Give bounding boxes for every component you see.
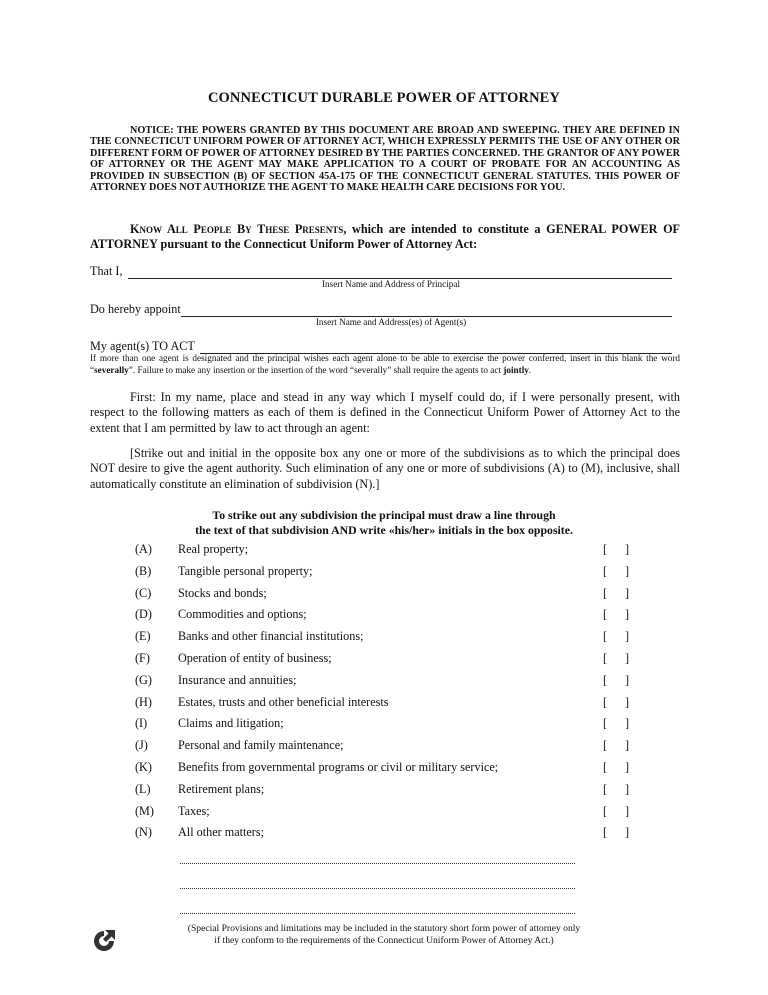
act-label: My agent(s) TO ACT [90, 339, 198, 354]
agent-note-text: . [529, 365, 531, 375]
box-close-bracket: ] [625, 804, 629, 819]
box-open-bracket: [ [603, 760, 607, 775]
first-lead: First [130, 390, 152, 404]
power-code: (K) [135, 760, 152, 775]
box-close-bracket: ] [625, 760, 629, 775]
power-label[interactable]: Insurance and annuities; [178, 673, 296, 688]
power-code: (C) [135, 586, 151, 601]
power-label[interactable]: Real property; [178, 542, 248, 557]
power-label[interactable]: Retirement plans; [178, 782, 264, 797]
power-code: (I) [135, 716, 147, 731]
box-open-bracket: [ [603, 564, 607, 579]
power-label[interactable]: Commodities and options; [178, 607, 307, 622]
principal-field-row: That I, [90, 263, 672, 279]
principal-caption: Insert Name and Address of Principal [90, 279, 672, 289]
share-arrow-glyph [90, 927, 118, 955]
principal-name-field[interactable] [128, 266, 672, 279]
box-close-bracket: ] [625, 542, 629, 557]
power-code: (M) [135, 804, 154, 819]
special-provision-line-1[interactable] [180, 862, 575, 864]
box-close-bracket: ] [625, 716, 629, 731]
initials-box[interactable]: [] [603, 651, 629, 666]
initials-box[interactable]: [] [603, 542, 629, 557]
initials-box[interactable]: [] [603, 782, 629, 797]
power-item: (C)Stocks and bonds;[] [0, 586, 768, 604]
document-title: CONNECTICUT DURABLE POWER OF ATTORNEY [0, 90, 768, 107]
power-label[interactable]: Stocks and bonds; [178, 586, 267, 601]
box-close-bracket: ] [625, 782, 629, 797]
power-item: (D)Commodities and options;[] [0, 607, 768, 625]
power-code: (F) [135, 651, 150, 666]
special-provision-line-3[interactable] [180, 912, 575, 914]
share-arrow-icon[interactable] [90, 927, 118, 955]
power-label[interactable]: Operation of entity of business; [178, 651, 332, 666]
power-label[interactable]: Claims and litigation; [178, 716, 284, 731]
box-close-bracket: ] [625, 673, 629, 688]
power-item: (I)Claims and litigation;[] [0, 716, 768, 734]
box-open-bracket: [ [603, 651, 607, 666]
initials-box[interactable]: [] [603, 673, 629, 688]
box-open-bracket: [ [603, 738, 607, 753]
initials-box[interactable]: [] [603, 564, 629, 579]
power-code: (B) [135, 564, 151, 579]
box-open-bracket: [ [603, 804, 607, 819]
power-code: (E) [135, 629, 151, 644]
box-open-bracket: [ [603, 629, 607, 644]
power-item: (L)Retirement plans;[] [0, 782, 768, 800]
power-item: (A)Real property;[] [0, 542, 768, 560]
power-label[interactable]: Personal and family maintenance; [178, 738, 344, 753]
first-paragraph: First: In my name, place and stead in an… [90, 390, 680, 436]
box-close-bracket: ] [625, 586, 629, 601]
initials-box[interactable]: [] [603, 825, 629, 840]
instruction-line-2: the text of that subdivision AND write «… [0, 523, 768, 538]
initials-box[interactable]: [] [603, 738, 629, 753]
power-code: (G) [135, 673, 152, 688]
strike-instruction: To strike out any subdivision the princi… [0, 508, 768, 537]
box-open-bracket: [ [603, 542, 607, 557]
power-item: (K)Benefits from governmental programs o… [0, 760, 768, 778]
box-close-bracket: ] [625, 629, 629, 644]
act-field-row: My agent(s) TO ACT [90, 338, 672, 354]
box-close-bracket: ] [625, 695, 629, 710]
power-code: (J) [135, 738, 148, 753]
box-close-bracket: ] [625, 651, 629, 666]
power-label[interactable]: All other matters; [178, 825, 264, 840]
know-all-paragraph: Know All People By These Presents, which… [90, 222, 680, 252]
power-code: (A) [135, 542, 152, 557]
power-code: (N) [135, 825, 152, 840]
power-label[interactable]: Taxes; [178, 804, 210, 819]
initials-box[interactable]: [] [603, 760, 629, 775]
power-label[interactable]: Estates, trusts and other beneficial int… [178, 695, 389, 710]
notice-paragraph: NOTICE: THE POWERS GRANTED BY THIS DOCUM… [90, 125, 680, 193]
initials-box[interactable]: [] [603, 716, 629, 731]
agent-note-text: ”. Failure to make any insertion or the … [129, 365, 504, 375]
power-label[interactable]: Banks and other financial institutions; [178, 629, 364, 644]
agent-label: Do hereby appoint [90, 302, 181, 317]
initials-box[interactable]: [] [603, 607, 629, 622]
box-open-bracket: [ [603, 825, 607, 840]
power-item: (F)Operation of entity of business;[] [0, 651, 768, 669]
initials-box[interactable]: [] [603, 804, 629, 819]
document-page: CONNECTICUT DURABLE POWER OF ATTORNEY NO… [0, 0, 768, 995]
agent-note-jointly: jointly [503, 365, 529, 375]
agent-field-row: Do hereby appoint [90, 301, 672, 317]
power-code: (H) [135, 695, 152, 710]
power-item: (M)Taxes;[] [0, 804, 768, 822]
box-open-bracket: [ [603, 673, 607, 688]
power-code: (L) [135, 782, 151, 797]
power-item: (H)Estates, trusts and other beneficial … [0, 695, 768, 713]
power-item: (J)Personal and family maintenance;[] [0, 738, 768, 756]
box-close-bracket: ] [625, 564, 629, 579]
instruction-line-1: To strike out any subdivision the princi… [0, 508, 768, 523]
power-item: (N)All other matters;[] [0, 825, 768, 843]
principal-label: That I, [90, 264, 126, 279]
box-open-bracket: [ [603, 586, 607, 601]
box-open-bracket: [ [603, 782, 607, 797]
agent-name-field[interactable] [181, 304, 672, 317]
know-all-lead: Know All People By These Presents [130, 222, 343, 236]
initials-box[interactable]: [] [603, 695, 629, 710]
power-item: (B)Tangible personal property;[] [0, 564, 768, 582]
power-item: (G)Insurance and annuities;[] [0, 673, 768, 691]
strike-out-paragraph: [Strike out and initial in the opposite … [90, 446, 680, 492]
first-text: : In my name, place and stead in any way… [90, 390, 680, 435]
initials-box[interactable]: [] [603, 629, 629, 644]
agent-caption: Insert Name and Address(es) of Agent(s) [90, 317, 672, 327]
box-open-bracket: [ [603, 607, 607, 622]
power-label[interactable]: Benefits from governmental programs or c… [178, 760, 498, 775]
agent-note: If more than one agent is designated and… [90, 353, 680, 376]
power-label[interactable]: Tangible personal property; [178, 564, 313, 579]
box-open-bracket: [ [603, 695, 607, 710]
box-close-bracket: ] [625, 738, 629, 753]
special-provision-line-2[interactable] [180, 887, 575, 889]
initials-box[interactable]: [] [603, 586, 629, 601]
power-code: (D) [135, 607, 152, 622]
box-open-bracket: [ [603, 716, 607, 731]
box-close-bracket: ] [625, 607, 629, 622]
agent-note-severally: severally [94, 365, 129, 375]
box-close-bracket: ] [625, 825, 629, 840]
power-item: (E)Banks and other financial institution… [0, 629, 768, 647]
